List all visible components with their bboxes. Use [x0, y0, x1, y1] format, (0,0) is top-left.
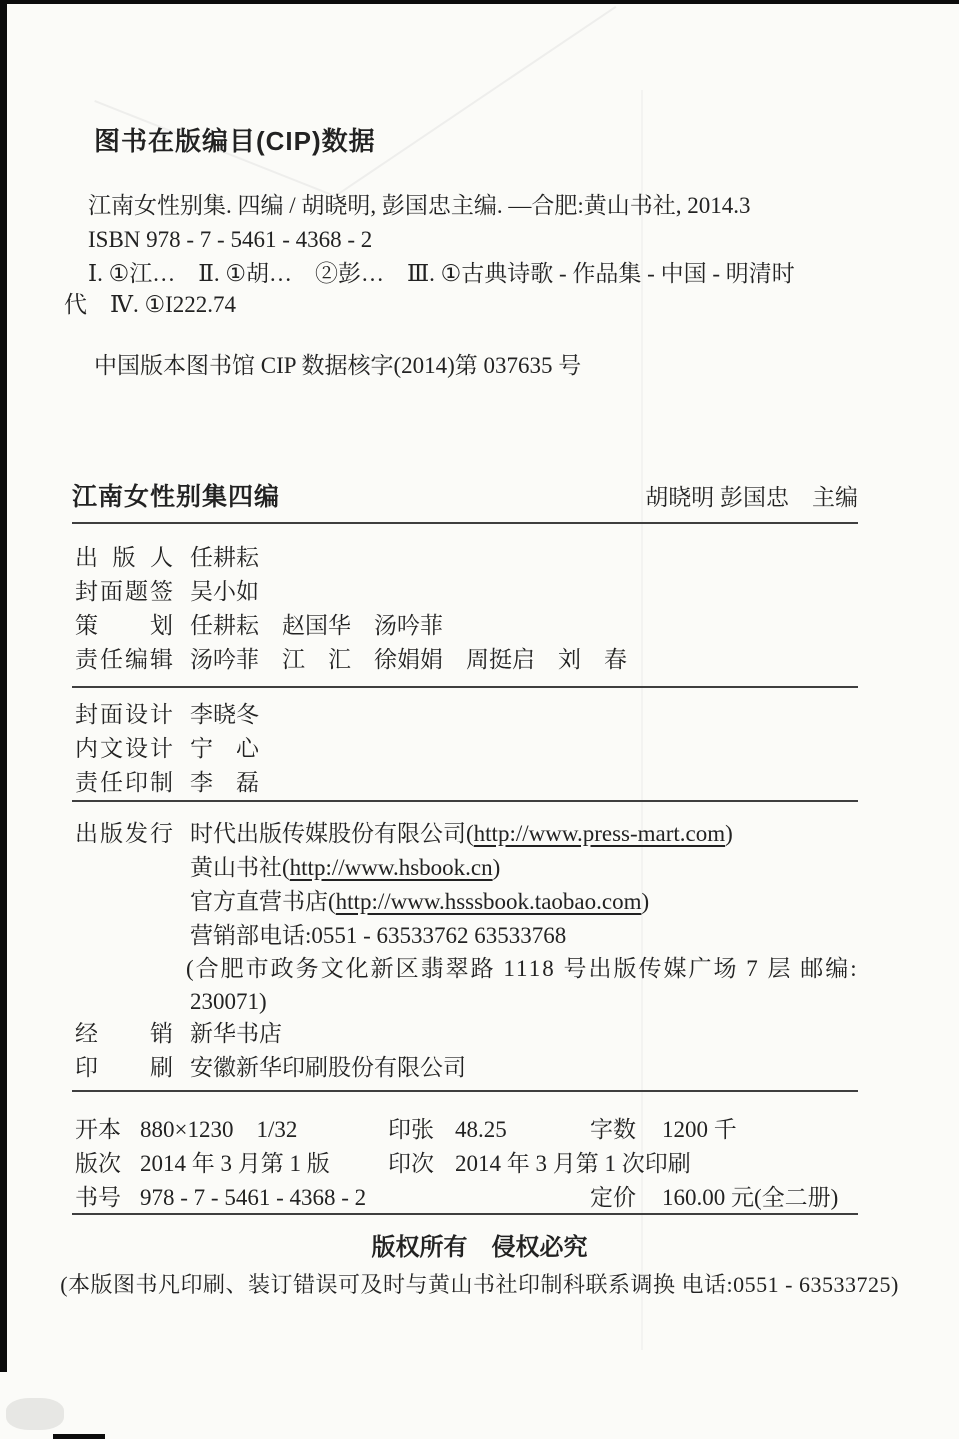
publisher-url: http://www.press-mart.com	[474, 821, 725, 846]
staff-row-planning: 策划任耕耘 赵国华 汤吟菲	[75, 612, 443, 640]
printing-label: 印刷	[75, 1054, 173, 1082]
printing-value: 安徽新华印刷股份有限公司	[190, 1055, 466, 1080]
publisher-address-line-2: 230071)	[190, 988, 267, 1016]
spec-isbn-value: 978 - 7 - 5461 - 4368 - 2	[140, 1184, 366, 1212]
spec-sheets-label: 印张	[388, 1116, 434, 1144]
cip-classification-line-1: Ⅰ. ①江… Ⅱ. ①胡… ②彭… Ⅲ. ①古典诗歌 - 作品集 - 中国 - …	[88, 260, 795, 288]
marketing-phone-line: 营销部电话:0551 - 63533762 63533768	[190, 922, 566, 950]
press-close-paren: )	[493, 855, 501, 880]
spec-isbn-label: 书号	[75, 1184, 121, 1212]
scan-mark-bottom	[53, 1434, 105, 1439]
design-label: 封面设计	[75, 701, 173, 729]
divider-rule-4	[72, 1090, 858, 1092]
staff-value: 任耕耘 赵国华 汤吟菲	[190, 613, 443, 638]
cip-classification-line-2: 代 Ⅳ. ①I222.74	[64, 291, 236, 319]
chief-editors: 胡晓明 彭国忠 主编	[645, 484, 858, 512]
spec-wordcount-label: 字数	[590, 1116, 636, 1144]
spec-price-value: 160.00 元(全二册)	[662, 1184, 838, 1212]
staff-value: 任耕耘	[190, 545, 259, 570]
cip-record-number: 中国版本图书馆 CIP 数据核字(2014)第 037635 号	[94, 352, 581, 380]
scanned-copyright-page: 图书在版编目(CIP)数据 江南女性别集. 四编 / 胡晓明, 彭国忠主编. —…	[0, 0, 959, 1439]
publisher-line-group: 时代出版传媒股份有限公司(http://www.press-mart.com)	[190, 820, 733, 848]
publishing-label: 出版发行	[75, 820, 173, 848]
design-row-cover-design: 封面设计李晓冬	[75, 701, 259, 729]
publishing-label-text: 出版发行	[75, 820, 173, 848]
paper-crease-right	[335, 6, 616, 197]
staff-value: 吴小如	[190, 579, 259, 604]
spec-edition-value: 2014 年 3 月第 1 版	[140, 1150, 330, 1178]
staff-row-publisher-person: 出版人任耕耘	[75, 544, 259, 572]
staff-label: 责任编辑	[75, 646, 173, 674]
scan-edge-left	[0, 0, 7, 1372]
divider-rule-2	[72, 686, 858, 688]
book-title: 江南女性别集四编	[72, 482, 280, 512]
design-value: 李 磊	[190, 770, 259, 795]
spec-wordcount-value: 1200 千	[662, 1116, 737, 1144]
title-row: 江南女性别集四编 胡晓明 彭国忠 主编	[72, 482, 858, 512]
spec-impression-label: 印次	[388, 1150, 434, 1178]
printing-row: 印刷安徽新华印刷股份有限公司	[75, 1054, 466, 1082]
spec-sheets-value: 48.25	[455, 1116, 507, 1144]
staff-label: 策划	[75, 612, 173, 640]
publisher-name: 时代出版传媒股份有限公司(	[190, 821, 474, 846]
press-url: http://www.hsbook.cn	[290, 855, 493, 880]
divider-rule-5	[72, 1213, 858, 1215]
scan-edge-top	[0, 0, 959, 4]
publisher-line-press: 黄山书社(http://www.hsbook.cn)	[190, 854, 500, 882]
spec-impression-value: 2014 年 3 月第 1 次印刷	[455, 1150, 691, 1178]
distribution-label: 经销	[75, 1020, 173, 1048]
staff-row-responsible-editors: 责任编辑汤吟菲 江 汇 徐娟娟 周挺启 刘 春	[75, 646, 627, 674]
store-close-paren: )	[641, 889, 649, 914]
staff-label: 出版人	[75, 544, 173, 572]
design-value: 宁 心	[190, 736, 259, 761]
spec-price-label: 定价	[590, 1184, 636, 1212]
cip-entry-line: 江南女性别集. 四编 / 胡晓明, 彭国忠主编. —合肥:黄山书社, 2014.…	[88, 192, 751, 220]
publisher-address-line-1: (合肥市政务文化新区翡翠路 1118 号出版传媒广场 7 层 邮编:	[186, 955, 859, 983]
distribution-value: 新华书店	[190, 1021, 282, 1046]
design-label: 责任印制	[75, 769, 173, 797]
staff-label: 封面题签	[75, 578, 173, 606]
publisher-close-paren: )	[725, 821, 733, 846]
design-row-print-supervisor: 责任印制李 磊	[75, 769, 259, 797]
press-name: 黄山书社(	[190, 855, 290, 880]
scan-smudge-bottom-left	[6, 1398, 64, 1430]
store-name: 官方直营书店(	[190, 889, 336, 914]
design-value: 李晓冬	[190, 702, 259, 727]
design-label: 内文设计	[75, 735, 173, 763]
staff-value: 汤吟菲 江 汇 徐娟娟 周挺启 刘 春	[190, 647, 627, 672]
publisher-line-store: 官方直营书店(http://www.hsssbook.taobao.com)	[190, 888, 649, 916]
staff-row-cover-inscription: 封面题签吴小如	[75, 578, 259, 606]
cip-header: 图书在版编目(CIP)数据	[94, 126, 376, 157]
spec-edition-label: 版次	[75, 1150, 121, 1178]
spec-format-value: 880×1230 1/32	[140, 1116, 297, 1144]
divider-rule-3	[72, 800, 858, 802]
store-url: http://www.hsssbook.taobao.com	[336, 889, 642, 914]
distribution-row: 经销新华书店	[75, 1020, 282, 1048]
copyright-notice: 版权所有 侵权必究	[0, 1234, 959, 1263]
errata-note: (本版图书凡印刷、装订错误可及时与黄山书社印制科联系调换 电话:0551 - 6…	[0, 1272, 959, 1298]
cip-isbn-line: ISBN 978 - 7 - 5461 - 4368 - 2	[88, 226, 372, 254]
divider-rule-1	[72, 522, 858, 524]
design-row-interior-design: 内文设计宁 心	[75, 735, 259, 763]
spec-format-label: 开本	[75, 1116, 121, 1144]
